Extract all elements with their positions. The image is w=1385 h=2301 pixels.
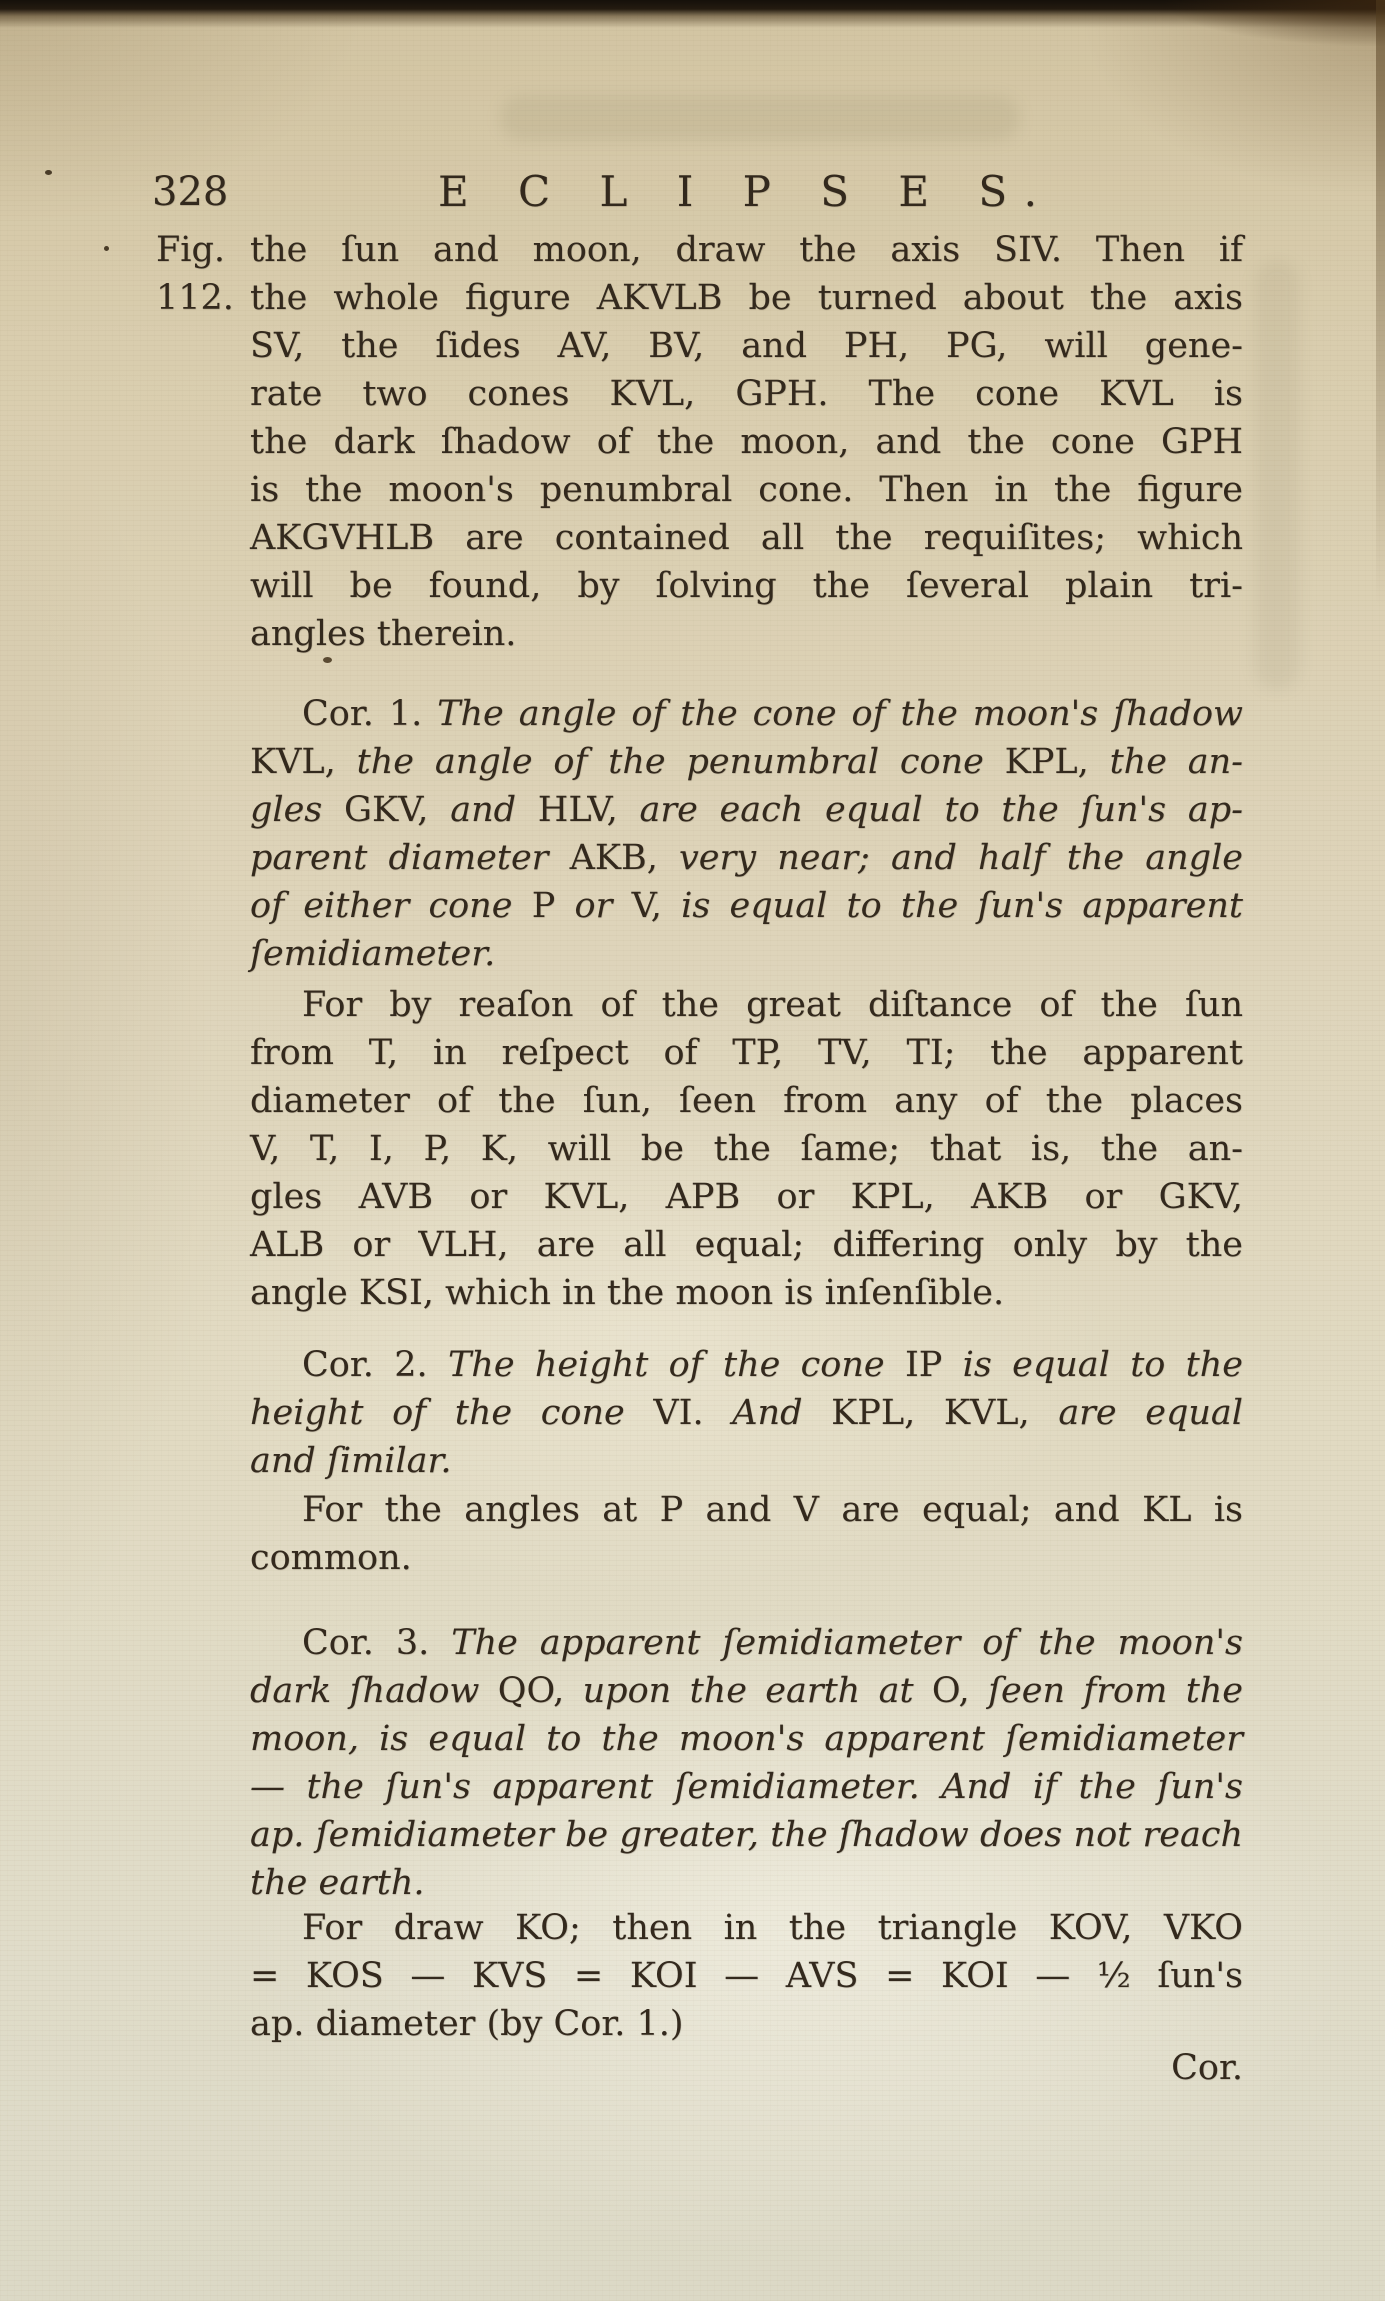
paragraph-corollary-1: Cor. 1. The angle of the cone of the moo…: [250, 690, 1243, 978]
text-line: height of the cone VI. And KPL, KVL, are…: [250, 1389, 1243, 1437]
text-line: ap. diameter (by Cor. 1.): [250, 2000, 1243, 2048]
text-line: ap. ſemidiameter be greater, the ſhadow …: [250, 1811, 1243, 1859]
text-line: dark ſhadow QO, upon the earth at O, ſee…: [250, 1667, 1243, 1715]
paragraph-proof-2: For the angles at P and V are equal; and…: [250, 1486, 1243, 1582]
text-line: Cor. 2. The height of the cone IP is equ…: [250, 1341, 1243, 1389]
margin-note-line: Fig.: [156, 226, 234, 274]
text-line: the dark ſhadow of the moon, and the con…: [250, 418, 1243, 466]
text-line: ſemidiameter.: [250, 930, 1243, 978]
text-line: is the moon's penumbral cone. Then in th…: [250, 466, 1243, 514]
page-top-right-corner-shadow: [1165, 0, 1385, 46]
text-line: gles GKV, and HLV, are each equal to the…: [250, 786, 1243, 834]
text-line: — the ſun's apparent ſemidiameter. And i…: [250, 1763, 1243, 1811]
text-line: ALB or VLH, are all equal; differing onl…: [250, 1221, 1243, 1269]
text-line: the earth.: [250, 1859, 1243, 1907]
text-line: from T, in reſpect of TP, TV, TI; the ap…: [250, 1029, 1243, 1077]
page-number: 328: [152, 172, 228, 212]
text-line: KVL, the angle of the penumbral cone KPL…: [250, 738, 1243, 786]
text-line: Cor. 1. The angle of the cone of the moo…: [250, 690, 1243, 738]
text-line: Cor. 3. The apparent ſemidiameter of the…: [250, 1619, 1243, 1667]
paragraph-corollary-3: Cor. 3. The apparent ſemidiameter of the…: [250, 1619, 1243, 1907]
text-line: angles therein.: [250, 610, 1243, 658]
show-through-smudge: [1255, 260, 1299, 690]
running-head: E C L I P S E S.: [250, 171, 1243, 213]
text-line: and ſimilar.: [250, 1437, 1243, 1485]
text-line: = KOS — KVS = KOI — AVS = KOI — ½ ſun's: [250, 1952, 1243, 2000]
text-line: parent diameter AKB, very near; and half…: [250, 834, 1243, 882]
book-page-scan: 328 E C L I P S E S. Fig. 112. the ſun a…: [0, 0, 1385, 2301]
text-line: common.: [250, 1534, 1243, 1582]
text-line: diameter of the ſun, ſeen from any of th…: [250, 1077, 1243, 1125]
show-through-smudge: [500, 95, 1020, 141]
ink-speck: [45, 170, 52, 175]
text-line: gles AVB or KVL, APB or KPL, AKB or GKV,: [250, 1173, 1243, 1221]
text-line: V, T, I, P, K, will be the ſame; that is…: [250, 1125, 1243, 1173]
text-line: the whole figure AKVLB be turned about t…: [250, 274, 1243, 322]
text-line: angle KSI, which in the moon is inſenſib…: [250, 1269, 1243, 1317]
text-line: the ſun and moon, draw the axis SIV. The…: [250, 226, 1243, 274]
text-line: For by reaſon of the great diſtance of t…: [250, 981, 1243, 1029]
text-line: SV, the ſides AV, BV, and PH, PG, will g…: [250, 322, 1243, 370]
figure-margin-note: Fig. 112.: [156, 226, 234, 322]
ink-speck: [104, 246, 109, 251]
paragraph-proof-3: For draw KO; then in the triangle KOV, V…: [250, 1904, 1243, 2048]
text-line: moon, is equal to the moon's apparent ſe…: [250, 1715, 1243, 1763]
page-right-edge-shadow: [1376, 0, 1385, 660]
paragraph-proof-1: For by reaſon of the great diſtance of t…: [250, 981, 1243, 1317]
text-line: rate two cones KVL, GPH. The cone KVL is: [250, 370, 1243, 418]
text-line: AKGVHLB are contained all the requiſites…: [250, 514, 1243, 562]
paragraph-corollary-2: Cor. 2. The height of the cone IP is equ…: [250, 1341, 1243, 1485]
margin-note-line: 112.: [156, 274, 234, 322]
catchword: Cor.: [250, 2044, 1243, 2092]
text-line: of either cone P or V, is equal to the ſ…: [250, 882, 1243, 930]
paragraph-continuation: the ſun and moon, draw the axis SIV. The…: [250, 226, 1243, 658]
text-line: For draw KO; then in the triangle KOV, V…: [250, 1904, 1243, 1952]
text-line: will be found, by ſolving the ſeveral pl…: [250, 562, 1243, 610]
text-line: For the angles at P and V are equal; and…: [250, 1486, 1243, 1534]
